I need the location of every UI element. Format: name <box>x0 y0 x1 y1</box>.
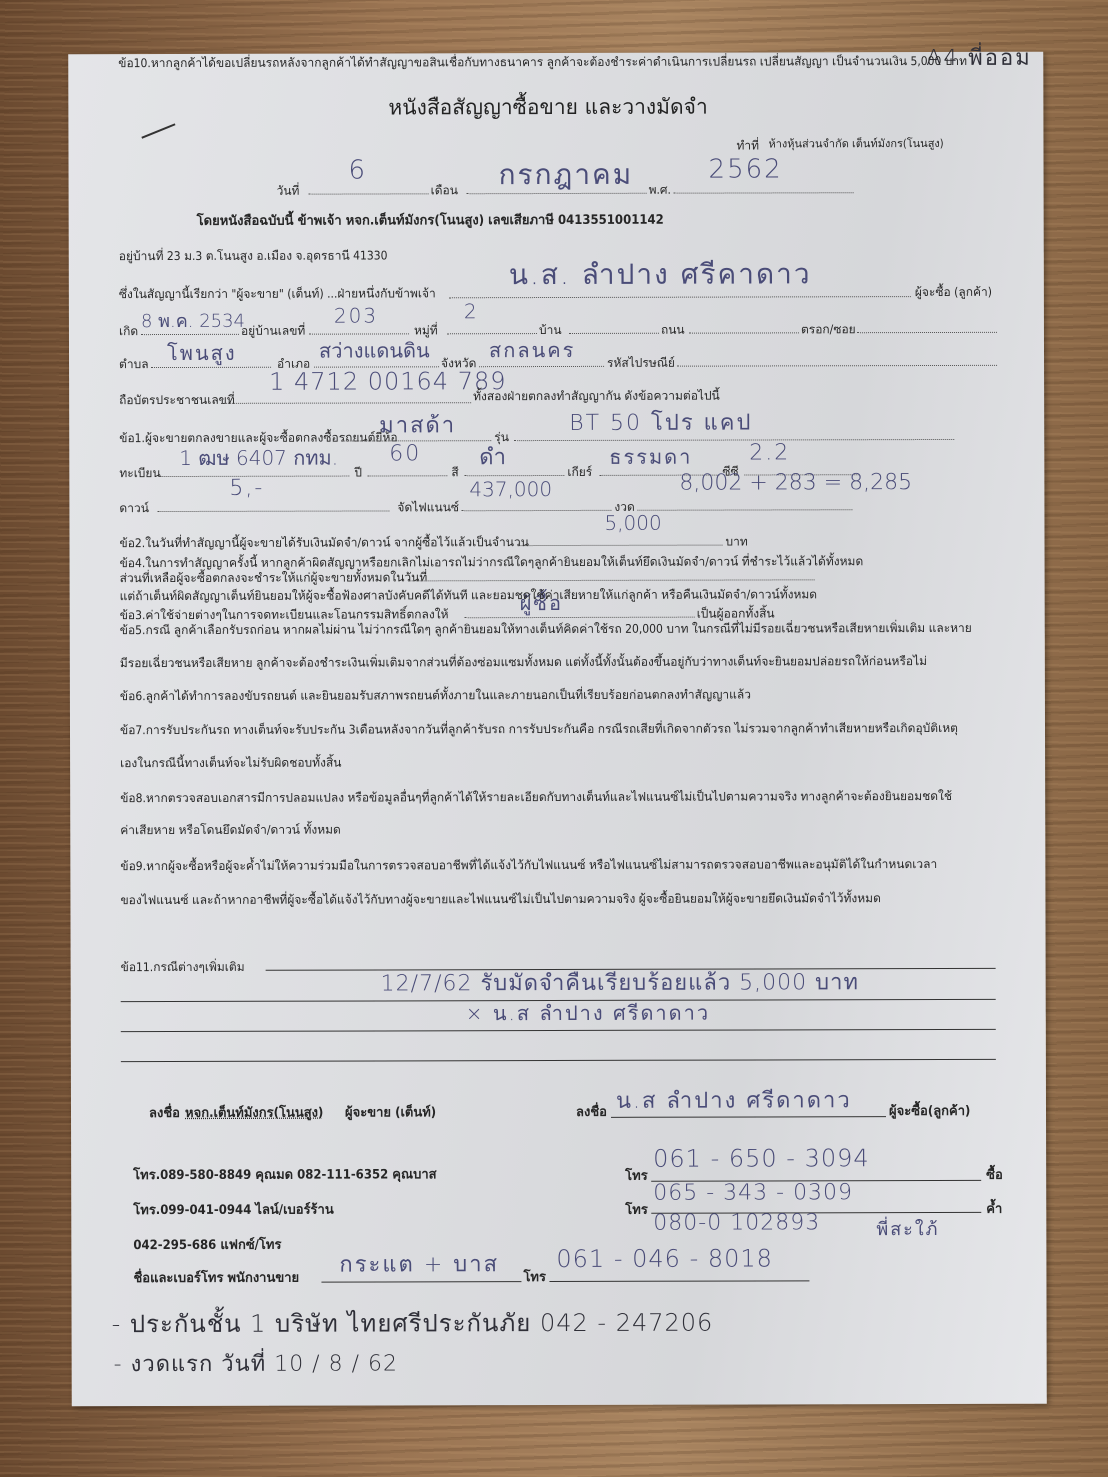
pen-stroke <box>141 123 175 138</box>
year-label: พ.ศ. <box>649 181 671 200</box>
buyer-phone: 061 - 650 - 3094 <box>653 1144 870 1173</box>
down-value: 5,- <box>229 476 264 501</box>
contract-paper: A4 พี่ออม หนังสือสัญญาซื้อขาย และวางมัดจ… <box>68 52 1047 1407</box>
soi-label: ตรอก/ซอย <box>801 320 856 339</box>
clause-line: มีรอยเฉี่ยวชนหรือเสียหาย ลูกค้าจะต้องชำร… <box>120 652 927 673</box>
installment-value: 8,002 + 283 = 8,285 <box>679 470 912 496</box>
clause-line: ข้อ7.การรับประกันรถ ทางเต็นท์จะรับประกัน… <box>120 719 958 740</box>
house-no-value: 203 <box>334 303 378 327</box>
color-label: สี <box>451 463 458 482</box>
sales-phone-label: โทร <box>523 1266 546 1287</box>
year-model-value: 60 <box>389 441 421 466</box>
id-label: ถือบัตรประชาชนเลขที่ <box>119 391 235 410</box>
insurance-note: - ประกันชั้น 1 บริษัท ไทยศรีประกันภัย 04… <box>112 1303 714 1344</box>
place-value: ห้างหุ้นส่วนจำกัด เต็นท์มังกร(โนนสูง) <box>768 134 943 152</box>
plate-value: 1 ฒษ 6407 กทม. <box>179 442 338 474</box>
id-suffix: ทั้งสองฝ่ายตกลงทำสัญญากัน ดังข้อความต่อไ… <box>473 387 720 407</box>
document-title: หนังสือสัญญาซื้อขาย และวางมัดจำ <box>388 91 707 125</box>
clause-line: ค่าเสียหาย หรือโดนยึดมัดจำ/ดาวน์ ทั้งหมด <box>120 821 341 841</box>
buyer-sign-label: ลงชื่อ <box>576 1101 607 1122</box>
house-no-label: อยู่บ้านเลขที่ <box>241 322 305 341</box>
clause-line: เองในกรณีนี้ทางเต็นท์จะไม่รับผิดชอบทั้งส… <box>120 754 341 774</box>
year-model-label: ปี <box>354 464 362 483</box>
sales-label: ชื่อและเบอร์โทร พนักงานขาย <box>133 1267 299 1288</box>
seller-sign-label: ลงชื่อ <box>149 1102 180 1123</box>
road-label: ถนน <box>661 321 685 340</box>
place-label: ทำที่ <box>736 136 759 155</box>
guarantor-phone-label: โทร <box>625 1199 648 1220</box>
year-value: 2562 <box>708 154 782 184</box>
moo-value: 2 <box>464 299 479 323</box>
shop-phone-2: โทร.099-041-0944 ไลน์/เบอร์ร้าน <box>133 1199 334 1221</box>
clause-line: ข้อ5.กรณี ลูกค้าเลือกรับรถก่อน หากผลไม่ผ… <box>120 619 972 640</box>
shop-fax: 042-295-686 แฟกซ์/โทร <box>133 1234 281 1255</box>
clause-line: ข้อ8.หากตรวจสอบเอกสารมีการปลอมแปลง หรือข… <box>120 787 952 808</box>
first-installment-note: - งวดแรก วันที่ 10 / 8 / 62 <box>114 1345 398 1381</box>
day-label: วันที่ <box>277 182 300 201</box>
gear-value: ธรรมดา <box>609 441 692 473</box>
party-intro: ซึ่งในสัญญานี้เรียกว่า "ผู้จะขาย" (เต็นท… <box>119 284 436 304</box>
subdistrict-label: ตำบล <box>119 355 149 374</box>
buyer-name: น.ส. ลำปาง ศรีคาดาว <box>509 252 812 297</box>
buyer-role: ผู้จะซื้อ (ลูกค้า) <box>915 283 992 302</box>
buyer-sign-role: ผู้จะซื้อ(ลูกค้า) <box>889 1100 970 1121</box>
clause11-note-1: 12/7/62 รับมัดจำคืนเรียบร้อยแล้ว 5,000 บ… <box>381 964 859 1000</box>
guarantor-phone-suffix: ค้ำ <box>986 1198 1002 1219</box>
buyer-signature: น.ส ลำปาง ศรีดาดาว <box>616 1082 852 1118</box>
day-value: 6 <box>348 155 367 185</box>
month-label: เดือน <box>431 181 458 200</box>
deposit-amount: 5,000 <box>604 511 661 535</box>
clause11-note-2: × น.ส ลำปาง ศรีดาดาว <box>466 997 710 1030</box>
down-label: ดาวน์ <box>119 499 149 518</box>
clause-line: ข้อ10.หากลูกค้าได้ขอเปลี่ยนรถหลังจากลูกค… <box>118 52 967 73</box>
clause11-label: ข้อ11.กรณีต่างๆเพิ่มเติม <box>121 958 245 977</box>
sales-phone: 061 - 046 - 8018 <box>556 1244 773 1273</box>
finance-value: 437,000 <box>469 477 552 501</box>
buyer-phone-suffix: ซื้อ <box>986 1164 1003 1185</box>
buyer-phone-label: โทร <box>625 1165 648 1186</box>
clauses-list: ข้อ4.ในการทำสัญญาครั้งนี้ หากลูกค้าผิดสั… <box>68 52 1043 55</box>
sales-name: กระแต + บาส <box>339 1246 499 1281</box>
clause-line: ของไฟแนนซ์ และถ้าหากอาชีพที่ผู้จะซื้อได้… <box>120 889 880 910</box>
plate-label: ทะเบียน <box>119 464 160 483</box>
shop-phone-1: โทร.089-580-8849 คุณมด 082-111-6352 คุณบ… <box>133 1163 436 1185</box>
province-value: สกลนคร <box>489 334 575 366</box>
subdistrict-value: โพนสูง <box>167 337 237 369</box>
clause-line: ข้อ4.ในการทำสัญญาครั้งนี้ หากลูกค้าผิดสั… <box>120 552 864 573</box>
clause-line: แต่ถ้าเต็นท์ผิดสัญญาเต็นท์ยินยอมให้ผู้จะ… <box>120 585 817 606</box>
car-brand: มาสด้า <box>379 407 456 442</box>
extra-phone-name: พี่สะใภ้ <box>876 1214 939 1243</box>
clause-line: ข้อ6.ลูกค้าได้ทำการลองขับรถยนต์ และยินยอ… <box>120 685 751 706</box>
deposit-unit: บาท <box>725 533 747 552</box>
clause2-label: ข้อ2.ในวันที่ทำสัญญานี้ผู้จะขายได้รับเงิ… <box>119 533 528 553</box>
postcode-label: รหัสไปรษณีย์ <box>607 354 675 373</box>
id-value: 1 4712 00164 789 <box>269 367 506 396</box>
color-value: ดำ <box>479 439 508 474</box>
birth-value: 8 พ.ค. 2534 <box>141 306 245 335</box>
seller-address: อยู่บ้านที่ 23 ม.3 ต.โนนสูง อ.เมือง จ.อุ… <box>119 246 388 266</box>
birth-label: เกิด <box>119 322 138 341</box>
cc-value: 2.2 <box>749 440 790 465</box>
gear-label: เกียร์ <box>567 463 592 482</box>
seller-sign-name: หจก.เต็นท์มังกร(โนนสูง) <box>185 1102 323 1123</box>
finance-label: จัดไฟแนนซ์ <box>397 498 459 517</box>
seller-sign-role: ผู้จะขาย (เต็นท์) <box>345 1101 436 1122</box>
seller-line: โดยหนังสือฉบับนี้ ข้าพเจ้า หจก.เต็นท์มัง… <box>197 209 664 231</box>
month-value: กรกฎาคม <box>498 153 633 197</box>
clause-line: ข้อ9.หากผู้จะซื้อหรือผู้จะค้ำไม่ให้ความร… <box>120 855 937 876</box>
district-value: สว่างแดนดิน <box>319 334 430 366</box>
guarantor-phone: 065 - 343 - 0309 <box>653 1180 853 1206</box>
extra-phone: 080-0 102893 <box>653 1210 820 1235</box>
car-model: BT 50 โปร แคป <box>569 404 752 439</box>
